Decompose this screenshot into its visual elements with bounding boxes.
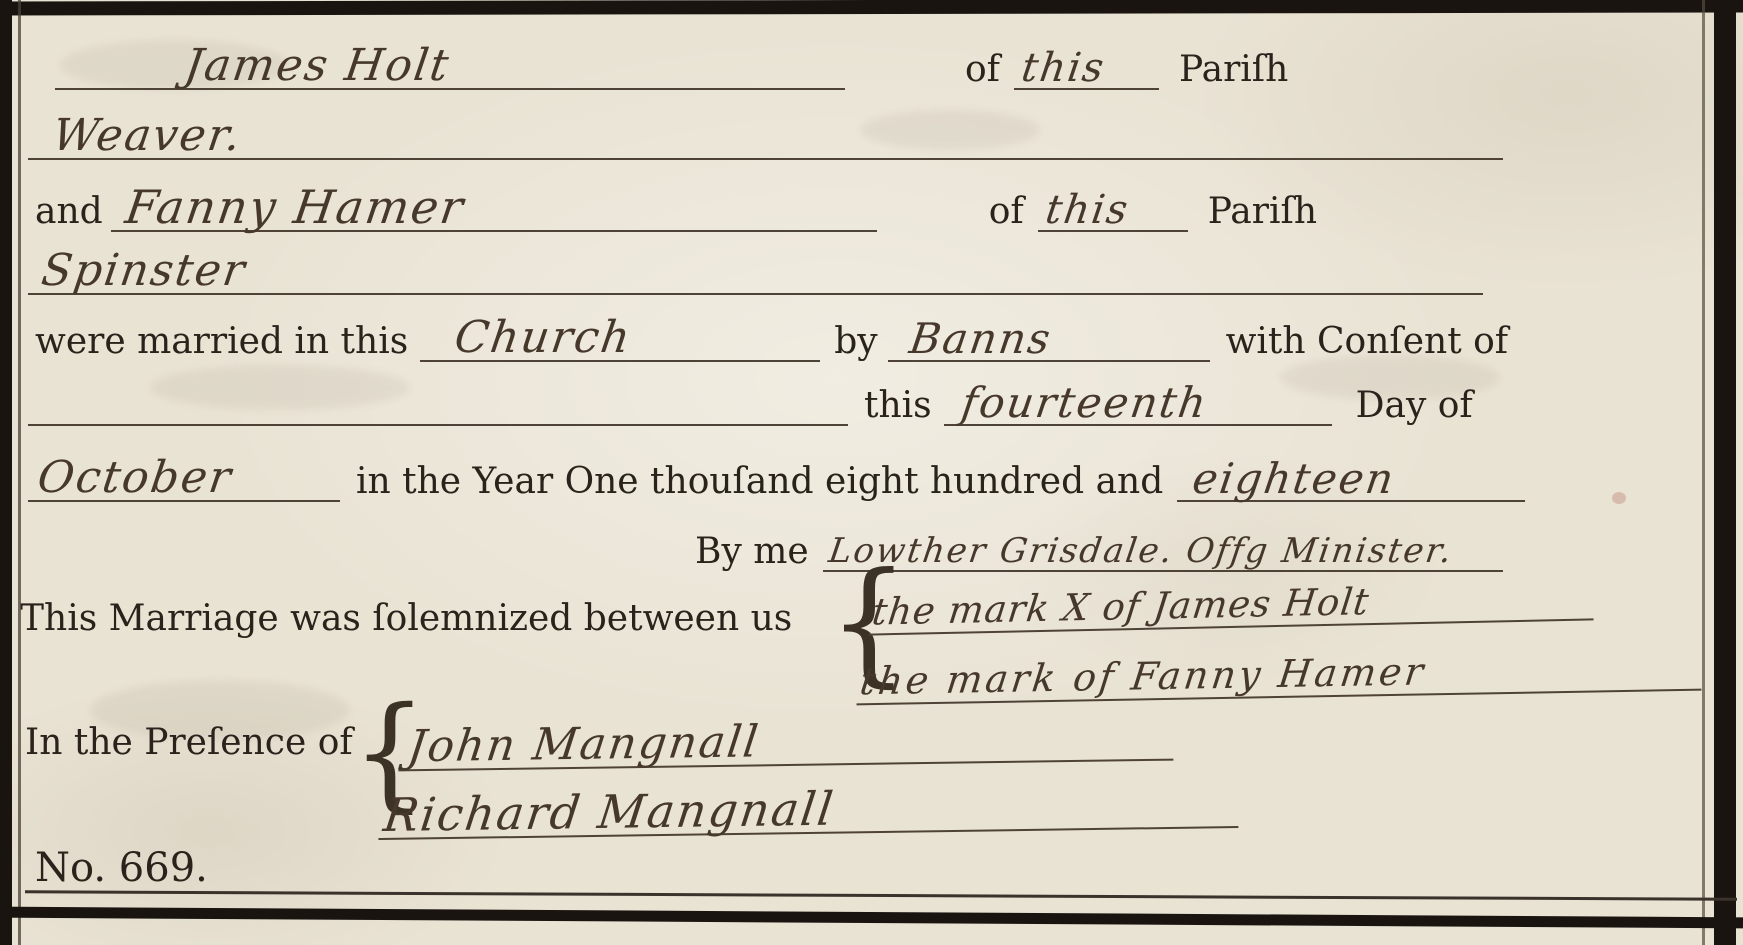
day-of-label: Day of: [1356, 385, 1473, 426]
witness2-handwriting: Richard Mangnall: [375, 786, 837, 838]
minister-signature-handwriting: Lowther Grisdale. Offg Minister.: [820, 533, 1455, 570]
by-me-label: By me: [695, 531, 809, 572]
condition-line-row: Spinster: [28, 238, 1483, 295]
bride-parish-handwriting: this: [1035, 190, 1132, 230]
year-line: October in the Year One thouſand eight h…: [28, 438, 1525, 502]
left-border: [0, 0, 12, 945]
groom-mark-line: the mark X of James Holt: [867, 562, 1593, 635]
month-line: October: [28, 456, 340, 502]
of-label: of: [989, 191, 1024, 232]
bride-name-line: Fanny Hamer: [111, 184, 877, 232]
groom-parish-handwriting: this: [1011, 48, 1108, 88]
witness1-line: John Mangnall: [398, 701, 1174, 772]
groom-parish-line: this: [1014, 48, 1159, 90]
right-inner-rule: [1702, 0, 1705, 945]
solemnized-label: This Marriage was ſolemnized between us: [20, 598, 792, 639]
bottom-inner-rule: [25, 890, 1737, 900]
witness1-handwriting: John Mangnall: [395, 720, 762, 769]
of-label: of: [965, 49, 1000, 90]
and-label: and: [35, 191, 103, 232]
banns-line: Banns: [888, 318, 1210, 362]
year-handwriting: eighteen: [1174, 458, 1398, 500]
parish-label: Pariſh: [1208, 191, 1317, 232]
paper-stain: [1612, 492, 1626, 504]
bride-name-handwriting: Fanny Hamer: [107, 184, 467, 230]
bride-parish-line: this: [1038, 190, 1188, 232]
consent-blank-line: [28, 424, 848, 426]
bottom-border: [0, 907, 1743, 929]
place-line: Church: [420, 316, 820, 362]
top-border: [0, 0, 1743, 16]
groom-name-line: James Holt: [55, 44, 845, 90]
register-page: James Holt of this Pariſh Weaver. and Fa…: [0, 0, 1743, 945]
banns-handwriting: Banns: [885, 318, 1054, 360]
witness2-line: Richard Mangnall: [378, 768, 1239, 840]
groom-name-handwriting: James Holt: [52, 44, 453, 88]
parish-label: Pariſh: [1179, 49, 1288, 90]
presence-label: In the Preſence of: [25, 722, 353, 763]
place-handwriting: Church: [417, 316, 635, 360]
condition-line: Spinster: [28, 249, 1483, 295]
groom-line: James Holt of this Pariſh: [55, 28, 1288, 90]
by-label: by: [834, 321, 877, 362]
month-handwriting: October: [25, 456, 235, 500]
this-label: this: [864, 385, 932, 426]
groom-mark-handwriting: the mark X of James Holt: [866, 582, 1372, 633]
occupation-line-row: Weaver.: [28, 98, 1503, 160]
with-consent-label: with Conſent of: [1226, 321, 1509, 362]
married-in-this-label: were married in this: [35, 321, 408, 362]
day-handwriting: fourteenth: [941, 382, 1210, 424]
year-word-line: eighteen: [1177, 458, 1525, 502]
minister-line: By me Lowther Grisdale. Offg Minister.: [695, 510, 1503, 572]
left-inner-rule: [18, 0, 21, 945]
right-border: [1714, 0, 1736, 945]
bride-mark-handwriting: the mark of Fanny Hamer: [854, 652, 1429, 704]
day-word-line: fourteenth: [944, 382, 1332, 426]
day-line: this fourteenth Day of: [28, 366, 1473, 426]
year-phrase-label: in the Year One thouſand eight hundred a…: [356, 461, 1163, 502]
occupation-line: Weaver.: [28, 114, 1503, 160]
married-line: were married in this Church by Banns wit…: [35, 300, 1508, 362]
entry-number: No. 669.: [35, 845, 208, 891]
condition-handwriting: Spinster: [25, 249, 249, 293]
bride-line: and Fanny Hamer of this Pariſh: [35, 168, 1317, 232]
occupation-handwriting: Weaver.: [25, 114, 245, 158]
bride-mark-line: the mark of Fanny Hamer: [856, 635, 1702, 706]
